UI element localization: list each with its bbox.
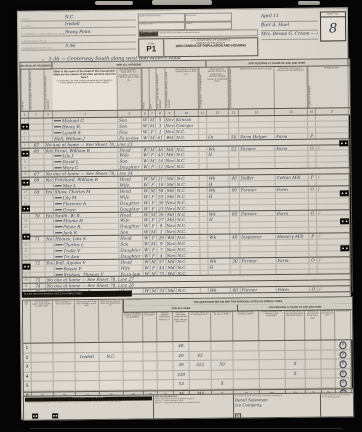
circled-code: 0	[339, 341, 347, 349]
column-number: 5	[118, 110, 142, 116]
ditto-dash	[54, 120, 61, 121]
sample-cell	[260, 360, 286, 369]
main-table: FOR HEAD OF HOUSEHOLDFOR ALL PERSONSFOR …	[19, 58, 352, 295]
ditto-dash	[55, 233, 62, 234]
sample-cell	[99, 343, 123, 352]
sample-cell	[100, 381, 124, 390]
sheet-number-box: SHEET NO. 8	[320, 11, 346, 41]
ditto-dash	[55, 244, 62, 245]
footer-office-text: Entries in this section are made in the …	[25, 400, 152, 403]
confidential-label: CONFIDENTIAL	[139, 31, 158, 36]
sample-cell	[211, 341, 233, 350]
footer-office-box: FOR CENSUS OFFICE USE ONLY Entries in th…	[24, 395, 154, 419]
sample-line-stamp-icon	[23, 264, 31, 270]
codes-cell: Wk	[209, 288, 231, 293]
sample-right-questions: What is the highest grade of school he h…	[123, 309, 351, 341]
sample-column-header: Was he living on a farm a year ago?	[53, 300, 75, 342]
column-header: What kind of business or industry was he…	[274, 67, 307, 108]
sample-line-stamp-icon	[22, 180, 30, 186]
bp-cell: N.C.	[177, 288, 201, 293]
ditto-dash	[55, 185, 62, 186]
column-header: IS THIS HOUSE ON A FARM (OR RANCH)?	[43, 69, 52, 110]
sample-cell	[285, 341, 305, 350]
sample-table: LINE No.Is he living in the same house h…	[22, 296, 354, 399]
column-number: 11	[199, 110, 207, 116]
sample-cell	[54, 362, 76, 371]
sample-cell	[322, 359, 336, 368]
footer-continue-text: Continue with the next household on the …	[322, 394, 352, 399]
ditto-dash	[55, 209, 62, 210]
ditto-dash	[55, 168, 62, 169]
sample-column-header: Is he living in the same house he lived …	[31, 300, 53, 342]
sample-cell	[53, 353, 75, 362]
hrs-cell: 60	[231, 288, 241, 293]
group-header: FOR HEAD OF HOUSEHOLD	[20, 62, 52, 68]
sample-column-header: Has he attended school since February 1?	[157, 311, 173, 341]
sample-cell	[100, 371, 124, 380]
m-cell: Md	[167, 288, 177, 293]
circled-code: 0	[339, 370, 347, 378]
column-header: What was this person doing most of last …	[206, 68, 228, 109]
sample-cell	[212, 370, 234, 379]
column-header: AGE — How old was he on his last birthda…	[155, 68, 164, 109]
sample-cell	[124, 361, 144, 370]
sample-cell	[234, 360, 260, 369]
c-cell: O	[310, 287, 318, 292]
sample-cell	[259, 341, 285, 350]
sample-cell: 0	[336, 359, 352, 368]
footer-enumerator-lines: Check each entry on this sheet before co…	[155, 398, 232, 405]
sample-cell	[189, 342, 211, 351]
column-number: 6	[142, 110, 149, 116]
ditto-dash	[56, 274, 63, 275]
column-header: Is he now married, widowed, or never mar…	[164, 68, 174, 109]
circled-code: 0	[339, 351, 347, 359]
column-number: 2	[29, 111, 44, 117]
sample-header: LINE No.Is he living in the same house h…	[23, 297, 352, 343]
sample-cell: 53	[174, 380, 190, 389]
sample-cell	[31, 343, 53, 352]
ind-cell: Farm	[277, 287, 310, 292]
ditto-dash	[54, 156, 61, 157]
header-left-fields: 1. STATEN.C.2. COUNTYIredell3. TOWNSHIP …	[21, 13, 136, 46]
sample-cell: N.C.	[99, 352, 123, 361]
nat-cell	[201, 288, 209, 293]
sample-cell	[144, 361, 158, 370]
sample-cell: 3	[24, 363, 32, 372]
header-field-value: N.C.	[65, 15, 75, 20]
department-title: U. S. DEPARTMENT OF COMMERCE BUREAU OF T…	[164, 38, 257, 56]
sample-cell	[31, 353, 53, 362]
column-number: 9	[165, 110, 175, 116]
column-header: CLASS OF WORKER	[307, 67, 315, 108]
sample-cell	[75, 343, 99, 352]
footer-instruction-line: Item 20 — occupation and industry of sam…	[155, 402, 232, 405]
sample-column-header: LEAVE BLANK	[335, 309, 351, 339]
sample-cell	[100, 362, 124, 371]
sample-cell	[306, 379, 322, 388]
scan-artifact	[152, 0, 212, 5]
column-header: LEAVE BLANK	[315, 66, 348, 107]
sample-column-header: Did he finish this grade?	[143, 311, 157, 341]
sample-cell	[123, 352, 143, 361]
ditto-dash	[55, 203, 62, 204]
column-number: 10	[175, 110, 199, 116]
sample-cell	[32, 381, 54, 390]
column-number: 7	[149, 110, 156, 116]
sample-cell	[260, 379, 286, 388]
sample-column-header: Income other than earnings in 1949?	[233, 310, 259, 340]
column-header: What kind of work was he doing?	[238, 67, 274, 108]
sample-column-header: What country were his father and mother …	[99, 300, 123, 342]
s-cell: M	[151, 289, 158, 294]
occ-cell: Farmer	[241, 287, 277, 292]
sample-cell: X	[212, 379, 234, 388]
sample-cell: 5	[24, 382, 32, 391]
ditto-dash	[54, 132, 61, 133]
ditto-dash	[56, 268, 63, 269]
column-number: 12	[207, 110, 229, 116]
sample-line-stamp-icon	[22, 234, 30, 240]
sample-cell	[306, 369, 322, 378]
sample-cell: X	[286, 369, 306, 378]
sample-cell: 38	[174, 361, 190, 370]
r-cell: W	[144, 289, 151, 294]
column-number: 4	[53, 111, 118, 118]
sample-cell: X	[286, 360, 306, 369]
sample-line-stamp-icon	[22, 206, 30, 212]
enumerator-signature: Mrs. Bessie G. Cream — April	[261, 31, 318, 41]
scan-background: 1. STATEN.C.2. COUNTYIredell3. TOWNSHIP …	[0, 0, 362, 432]
sample-cell: 0	[335, 350, 351, 359]
ditto-dash	[55, 197, 62, 198]
sample-cell	[305, 341, 321, 350]
main-header-questions: LINE No.SERIAL NUMBER OF DWELLING UNITIS…	[20, 66, 349, 110]
sample-line-stamp-icon	[21, 151, 29, 157]
sample-cell	[158, 380, 174, 389]
column-header: RELATIONSHIP — Head, Wife, Son, Daughter…	[117, 68, 141, 109]
sample-cell	[190, 370, 212, 379]
sample-cell	[259, 350, 285, 359]
sample-column-header: What kind of business was this?	[321, 309, 335, 339]
office-stamp-icon	[52, 413, 58, 418]
sample-column-header: Last year, in how many weeks did this pe…	[173, 311, 189, 341]
sample-column-header: What kind of work was he doing a year ag…	[305, 310, 321, 340]
sample-cell: 4	[24, 372, 32, 381]
sample-column-header: How much money did he earn in 1949?	[211, 310, 233, 340]
form-footer: FOR CENSUS OFFICE USE ONLY Entries in th…	[23, 392, 354, 420]
column-number: 16	[308, 109, 316, 115]
header-field-value: Stony Point	[65, 30, 91, 35]
sample-cell	[321, 350, 335, 359]
sample-cell	[234, 370, 260, 379]
sample-column-header: Income received by his relatives in this…	[259, 310, 285, 340]
sample-cell	[32, 372, 54, 381]
scan-artifact	[30, 428, 342, 429]
enumeration-block: April 11 Burt A. Huel Mrs. Bessie G. Cre…	[261, 13, 318, 44]
header-field-value: Iredell	[65, 22, 80, 27]
sample-cell	[123, 342, 143, 351]
main-table-rows: 1Michael G.SonWM5NevKansas2Henry R.SonWM…	[21, 115, 352, 294]
sheet-number: 8	[321, 17, 345, 40]
sample-cell	[143, 352, 157, 361]
ditto-dash	[55, 250, 62, 251]
column-header: If foreign born — is he naturalized?	[198, 68, 206, 109]
sample-cell: 0	[335, 340, 351, 349]
sample-cell	[305, 350, 321, 359]
sample-table-rows: 14802IredellN.C.4043033831250X04310X0553…	[23, 340, 352, 391]
sample-cell: 310	[174, 370, 190, 379]
circled-code: 0	[339, 379, 347, 387]
sample-cell	[158, 361, 174, 370]
column-header: SERIAL NUMBER OF DWELLING UNIT	[28, 69, 43, 110]
sample-cell	[234, 379, 260, 388]
sample-cell	[124, 371, 144, 380]
sample-cell	[143, 342, 157, 351]
footer-occupation-box: If 14 years of age or over, enter occupa…	[234, 394, 321, 418]
form-number-box: FORM P1	[139, 39, 164, 56]
sample-cell	[285, 350, 305, 359]
sample-line-stamp-icon	[340, 245, 349, 251]
sample-cell: 43	[189, 351, 211, 360]
column-number: 13	[229, 109, 239, 115]
ditto-dash	[54, 126, 61, 127]
column-number: 1	[21, 112, 29, 118]
sample-cell	[144, 371, 158, 380]
column-number: 17	[316, 108, 349, 114]
sample-cell	[124, 380, 144, 389]
sample-cell: 1	[23, 344, 31, 353]
form-title-block: FORM P1 U. S. DEPARTMENT OF COMMERCE BUR…	[138, 37, 258, 57]
sample-cell	[144, 380, 158, 389]
footer-enumerator-box: FOR THE ENUMERATOR Check each entry on t…	[154, 394, 234, 418]
sample-cell	[32, 362, 54, 371]
sample-column-header: What is the highest grade of school he h…	[123, 311, 143, 341]
sample-cell: Iredell	[75, 352, 99, 361]
sample-cell	[158, 371, 174, 380]
sample-band: FILL BELOW FOR PERSONS LISTED ON SAMPLE …	[22, 291, 132, 298]
sample-cell	[54, 372, 76, 381]
sample-cell	[260, 369, 286, 378]
sample-column-header: How many weeks was he looking for work?	[189, 311, 211, 341]
sample-cell	[54, 381, 76, 390]
office-stamp-icon	[32, 414, 38, 419]
census-form: 1. STATEN.C.2. COUNTYIredell3. TOWNSHIP …	[17, 7, 352, 419]
header-middle-fields: NAME OF INSTITUTIONBLOCK NO.CENSUS TRACT…	[138, 12, 232, 30]
column-header: How many hours did he work last week?	[228, 67, 238, 108]
column-header-hint: List in this order: the head; his wife; …	[53, 80, 116, 85]
sample-cell	[76, 371, 100, 380]
sample-line-stamp-icon	[340, 218, 349, 224]
sample-cell: 2	[23, 353, 31, 362]
footer-continue-box: Continue with the next household on the …	[321, 393, 353, 416]
sample-cell: 0	[336, 378, 352, 387]
ditto-dash	[55, 227, 62, 228]
sample-cell	[321, 340, 335, 349]
sample-cell	[322, 378, 336, 387]
sample-cell: 50	[212, 360, 234, 369]
sample-cell	[322, 369, 336, 378]
age-cell: 33	[158, 288, 167, 293]
sample-cell: 312	[190, 361, 212, 370]
sample-column-header: Did he ever serve in the armed forces of…	[285, 310, 305, 340]
sample-cell	[306, 360, 322, 369]
sample-cell	[76, 381, 100, 390]
sample-cell	[233, 351, 259, 360]
sample-cell: 48	[173, 342, 189, 351]
ditto-dash	[55, 221, 62, 222]
footer-industry-value: Ice Company	[235, 402, 319, 408]
sample-cell: 40	[173, 351, 189, 360]
sample-cell	[190, 380, 212, 389]
scan-artifact	[298, 1, 320, 5]
column-header: What is the name of the head of this hou…	[52, 69, 117, 111]
sample-left-questions: LINE No.Is he living in the same house h…	[23, 300, 123, 343]
confidential-strip: CONFIDENTIAL This information is accorde…	[138, 29, 258, 37]
sample-cell	[233, 341, 259, 350]
blank-cell: F	[318, 287, 351, 292]
circled-code: 0	[339, 360, 347, 368]
form-number: P1	[146, 45, 156, 53]
sample-cell	[76, 362, 100, 371]
ditto-dash	[54, 162, 61, 163]
column-header: What State (or foreign country) was he b…	[174, 68, 198, 109]
sample-column-header: What county and State was he living in a…	[75, 300, 99, 342]
column-number: 15	[275, 109, 308, 115]
ditto-dash	[55, 256, 62, 257]
sample-cell	[157, 342, 173, 351]
sample-cell	[211, 351, 233, 360]
sample-line-stamp-icon	[339, 140, 348, 146]
footer-checkbox: X	[235, 413, 241, 417]
sample-line-stamp-icon	[340, 190, 349, 196]
sample-cell: 0	[336, 369, 352, 378]
column-number: 8	[156, 110, 165, 116]
census-title: 1950 CENSUS OF POPULATION AND HOUSING	[164, 44, 257, 49]
column-number: 14	[239, 109, 275, 115]
sample-line-stamp-icon	[21, 124, 29, 130]
sample-cell	[157, 352, 173, 361]
scan-artifact	[95, 1, 133, 5]
confidential-note: This information is accorded confidentia…	[159, 30, 257, 36]
sample-cell	[53, 343, 75, 352]
column-number: 3	[44, 111, 53, 117]
sample-cell	[286, 379, 306, 388]
